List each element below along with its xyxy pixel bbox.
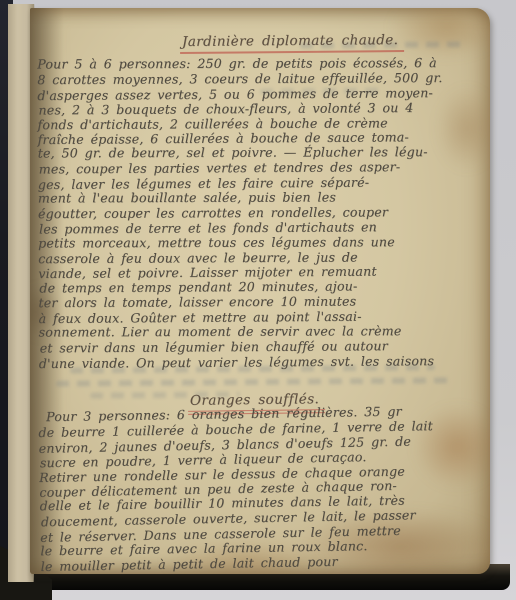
handwritten-line: Pour 5 à 6 personnes: 250 gr. de petits … [37, 56, 485, 72]
recipe-title-jardiniere: Jardinière diplomate chaude. [180, 29, 405, 54]
recipe-title-text: Jardinière diplomate chaude. [180, 32, 405, 54]
photo-backdrop: Jardinière diplomate chaude. Pour 5 à 6 … [0, 0, 516, 600]
handwritten-line: ment à l'eau bouillante salée, puis bien… [38, 190, 486, 206]
handwritten-line: sonnement. Lier au moment de servir avec… [39, 324, 487, 340]
bleed-through-ghost-line [56, 377, 451, 386]
notebook-page: Jardinière diplomate chaude. Pour 5 à 6 … [30, 8, 490, 574]
recipe-body-jardiniere: Pour 5 à 6 personnes: 250 gr. de petits … [37, 56, 487, 371]
recipe-body-oranges: Pour 3 personnes: 6 oranges bien réguliè… [38, 403, 489, 574]
handwritten-line: nes, 2 à 3 bouquets de choux-fleurs, à v… [38, 100, 486, 118]
handwritten-line: petits morceaux, mettre tous ces légumes… [38, 235, 486, 251]
handwritten-line: d'une viande. On peut varier les légumes… [39, 354, 487, 372]
